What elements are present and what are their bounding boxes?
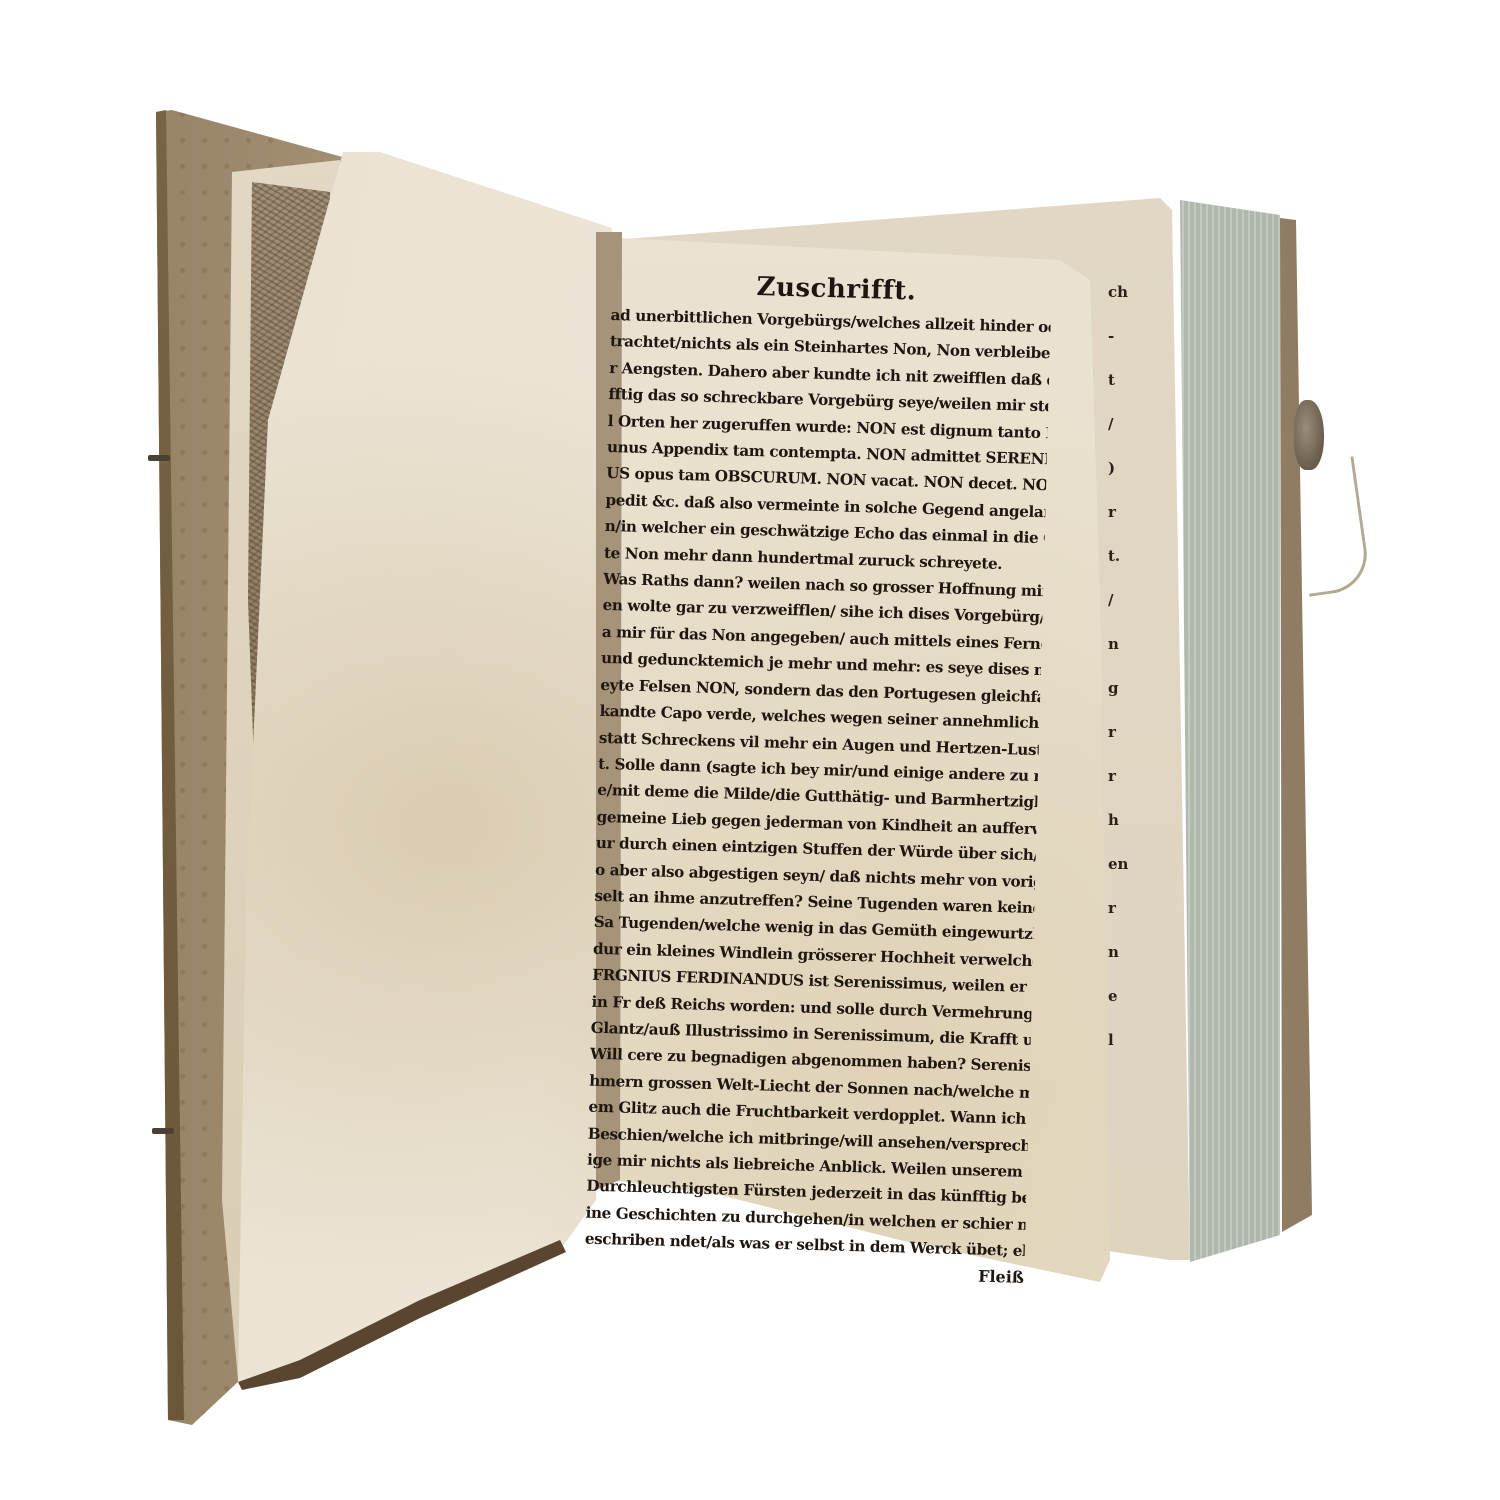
fragment: n [1108,622,1128,666]
fragment: / [1108,402,1128,446]
fragment: h [1108,798,1128,842]
underlying-page-fragments: ch - t / ) r t. / n g r r h en r n e l [1108,270,1128,1062]
fragment: r [1108,754,1128,798]
fragment: ch [1108,270,1128,314]
fragment: ) [1108,446,1128,490]
tie-string [1291,456,1372,596]
fragment: l [1108,1018,1128,1062]
fragment: en [1108,842,1128,886]
fragment: r [1108,886,1128,930]
fragment: - [1108,314,1128,358]
fragment: / [1108,578,1128,622]
fragment: r [1108,710,1128,754]
brass-pin-icon [148,455,170,461]
page-text-block: Zuschrifft. ad unerbittlichen Vorgebürgs… [584,268,1052,1291]
book-photo: ch - t / ) r t. / n g r r h en r n e l Z… [0,0,1500,1500]
fragment: g [1108,666,1128,710]
fragment: n [1108,930,1128,974]
fragment: e [1108,974,1128,1018]
fragment: t. [1108,534,1128,578]
brass-pin-icon [152,1128,174,1134]
cloth-clasp [1294,400,1324,470]
fragment: r [1108,490,1128,534]
fragment: t [1108,358,1128,402]
